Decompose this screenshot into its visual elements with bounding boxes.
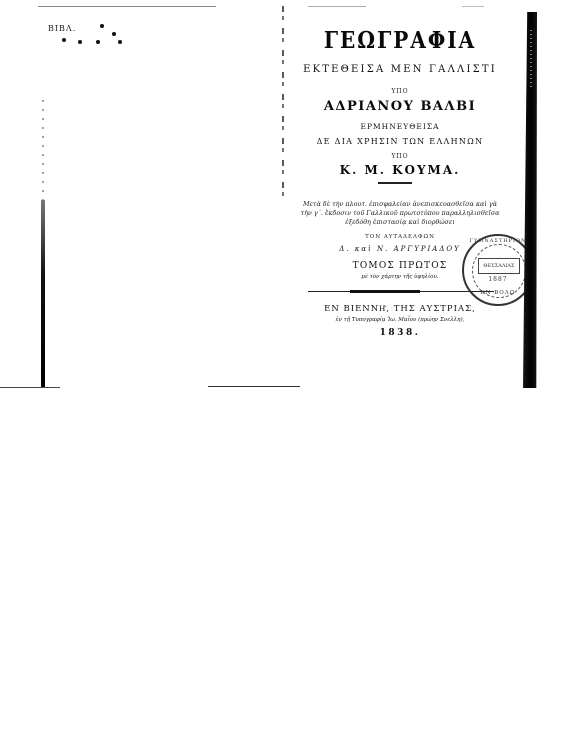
library-seal: ΓΥΜΝΑΣΤΗΡΙΟΝ ΘΕΣΣΑΛΙΑΣ 1887 ΕΝ ΒΟΛΩ [462, 234, 534, 306]
by-label: ΥΠΟ [290, 153, 510, 160]
book-subtitle: ΕΚΤΕΘΕΙΣΑ ΜΕΝ ΓΑΛΛΙΣΤΙ [290, 64, 510, 75]
blank-page-area [0, 392, 578, 750]
seal-bottom-text: ΕΝ ΒΟΛΩ [464, 290, 532, 296]
page-edge-specks [42, 100, 44, 200]
page-edge-shadow [41, 200, 45, 388]
publication-place: ΕΝ ΒΙΕΝΝΗ͂, ΤΗΣ ΑΥΣΤΡΙΑΣ, [290, 303, 510, 314]
ink-blot [62, 38, 66, 42]
fore-edge-specks [530, 30, 532, 90]
edition-note: Μετὰ δὲ τὴν πλουτ. ἐπισφαλείαν ἀνεπισκευ… [290, 200, 510, 227]
bottom-edge-rule [0, 387, 60, 388]
left-page: ΒΙΒΛ. [0, 0, 256, 392]
library-stamp: ΒΙΒΛ. [48, 24, 138, 50]
ink-blot [78, 40, 82, 44]
seal-center-text: ΘΕΣΣΑΛΙΑΣ [478, 258, 520, 274]
translator-name: Κ. Μ. ΚΟΥΜΑ. [290, 163, 510, 177]
translated-label: ΕΡΜΗΝΕΥΘΕΙΣΑ [290, 122, 510, 131]
library-stamp-text: ΒΙΒΛ. [48, 24, 76, 33]
imprint-rule-ornament [350, 290, 420, 293]
printer-line: ἐν τῇ Τυπογραφίᾳ Ἰω. Μαΐου (πρώην Σνελλη… [290, 317, 510, 323]
ink-blot [96, 40, 100, 44]
ornamental-divider [378, 182, 412, 184]
bottom-edge-rule [208, 386, 300, 387]
ink-blot [112, 32, 116, 36]
seal-ring-text: ΓΥΜΝΑΣΤΗΡΙΟΝ [464, 238, 532, 244]
ink-blot [118, 40, 122, 44]
ink-blot [100, 24, 104, 28]
edition-note-line: τὴν γ΄. ἔκδοσιν τοῦ Γαλλικοῦ πρωτοτύπου … [290, 209, 510, 218]
author-name: ΑΔΡΙΑΝΟΥ ΒΑΛΒΙ [290, 99, 510, 114]
publication-year: 1838. [290, 328, 510, 338]
title-page: ΓΕΩΓΡΑΦΙΑ ΕΚΤΕΘΕΙΣΑ ΜΕΝ ΓΑΛΛΙΣΤΙ ΥΠΟ ΑΔΡ… [290, 24, 510, 388]
top-edge-rule [462, 6, 484, 7]
top-edge-rule [308, 6, 366, 7]
book-gutter [282, 6, 284, 196]
for-use-line: ΔΕ ΔΙΑ ΧΡΗΣΙΝ ΤΩΝ ΕΛΛΗΝΩΝ [290, 137, 510, 146]
scanned-page-spread: ΒΙΒΛ. ΓΕΩΓΡΑΦΙΑ ΕΚΤΕΘΕΙΣΑ ΜΕΝ ΓΑΛΛΙΣΤΙ Υ… [0, 0, 578, 392]
edition-note-line: Μετὰ δὲ τὴν πλουτ. ἐπισφαλείαν ἀνεπισκευ… [290, 200, 510, 209]
by-label: ΥΠΟ [290, 88, 510, 95]
edition-note-line: ἐξεδόθη ἐπιστασίᾳ καὶ διορθώσει [290, 218, 510, 227]
book-title: ΓΕΩΓΡΑΦΙΑ [290, 26, 510, 54]
seal-year: 1887 [464, 276, 532, 283]
